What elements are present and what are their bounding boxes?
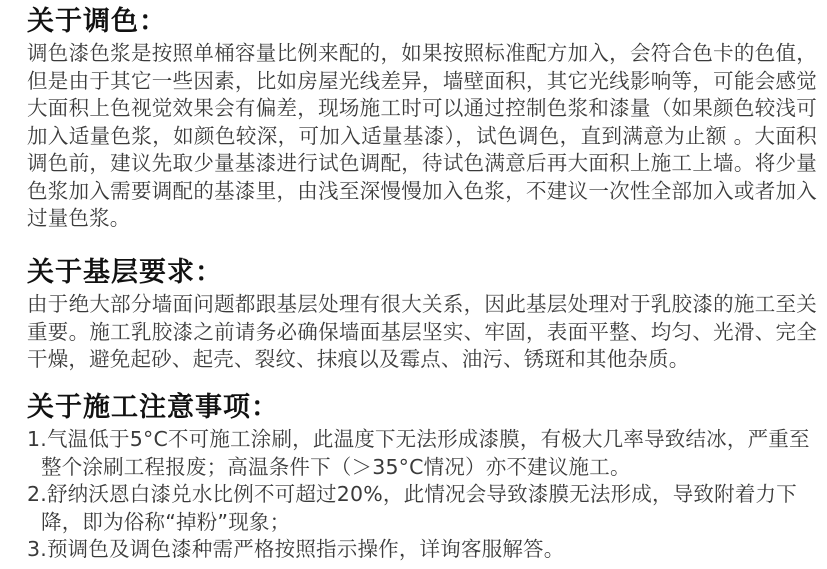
section-heading-construction: 关于施工注意事项： [27, 392, 817, 424]
section-construction-notes: 关于施工注意事项： 1.气温低于5°C不可施工涂刷，此温度下无法形成漆膜，有极大… [27, 392, 817, 564]
list-item: 3.预调色及调色漆种需严格按照指示操作，详询客服解答。 [27, 536, 817, 564]
section-body-substrate: 由于绝大部分墙面问题都跟基层处理有很大关系，因此基层处理对于乳胶漆的施工至关重要… [27, 291, 817, 374]
list-item: 1.气温低于5°C不可施工涂刷，此温度下无法形成漆膜，有极大几率导致结冰，严重至… [27, 426, 817, 481]
section-heading-substrate: 关于基层要求： [27, 257, 817, 289]
section-heading-color-mixing: 关于调色： [27, 6, 817, 38]
construction-notes-list: 1.气温低于5°C不可施工涂刷，此温度下无法形成漆膜，有极大几率导致结冰，严重至… [27, 426, 817, 564]
section-color-mixing: 关于调色： 调色漆色浆是按照单桶容量比例来配的，如果按照标准配方加入，会符合色卡… [27, 6, 817, 233]
section-body-color-mixing: 调色漆色浆是按照单桶容量比例来配的，如果按照标准配方加入，会符合色卡的色值，但是… [27, 40, 817, 233]
section-substrate-requirements: 关于基层要求： 由于绝大部分墙面问题都跟基层处理有很大关系，因此基层处理对于乳胶… [27, 257, 817, 374]
list-item: 2.舒纳沃恩白漆兑水比例不可超过20%，此情况会导致漆膜无法形成，导致附着力下降… [27, 481, 817, 536]
